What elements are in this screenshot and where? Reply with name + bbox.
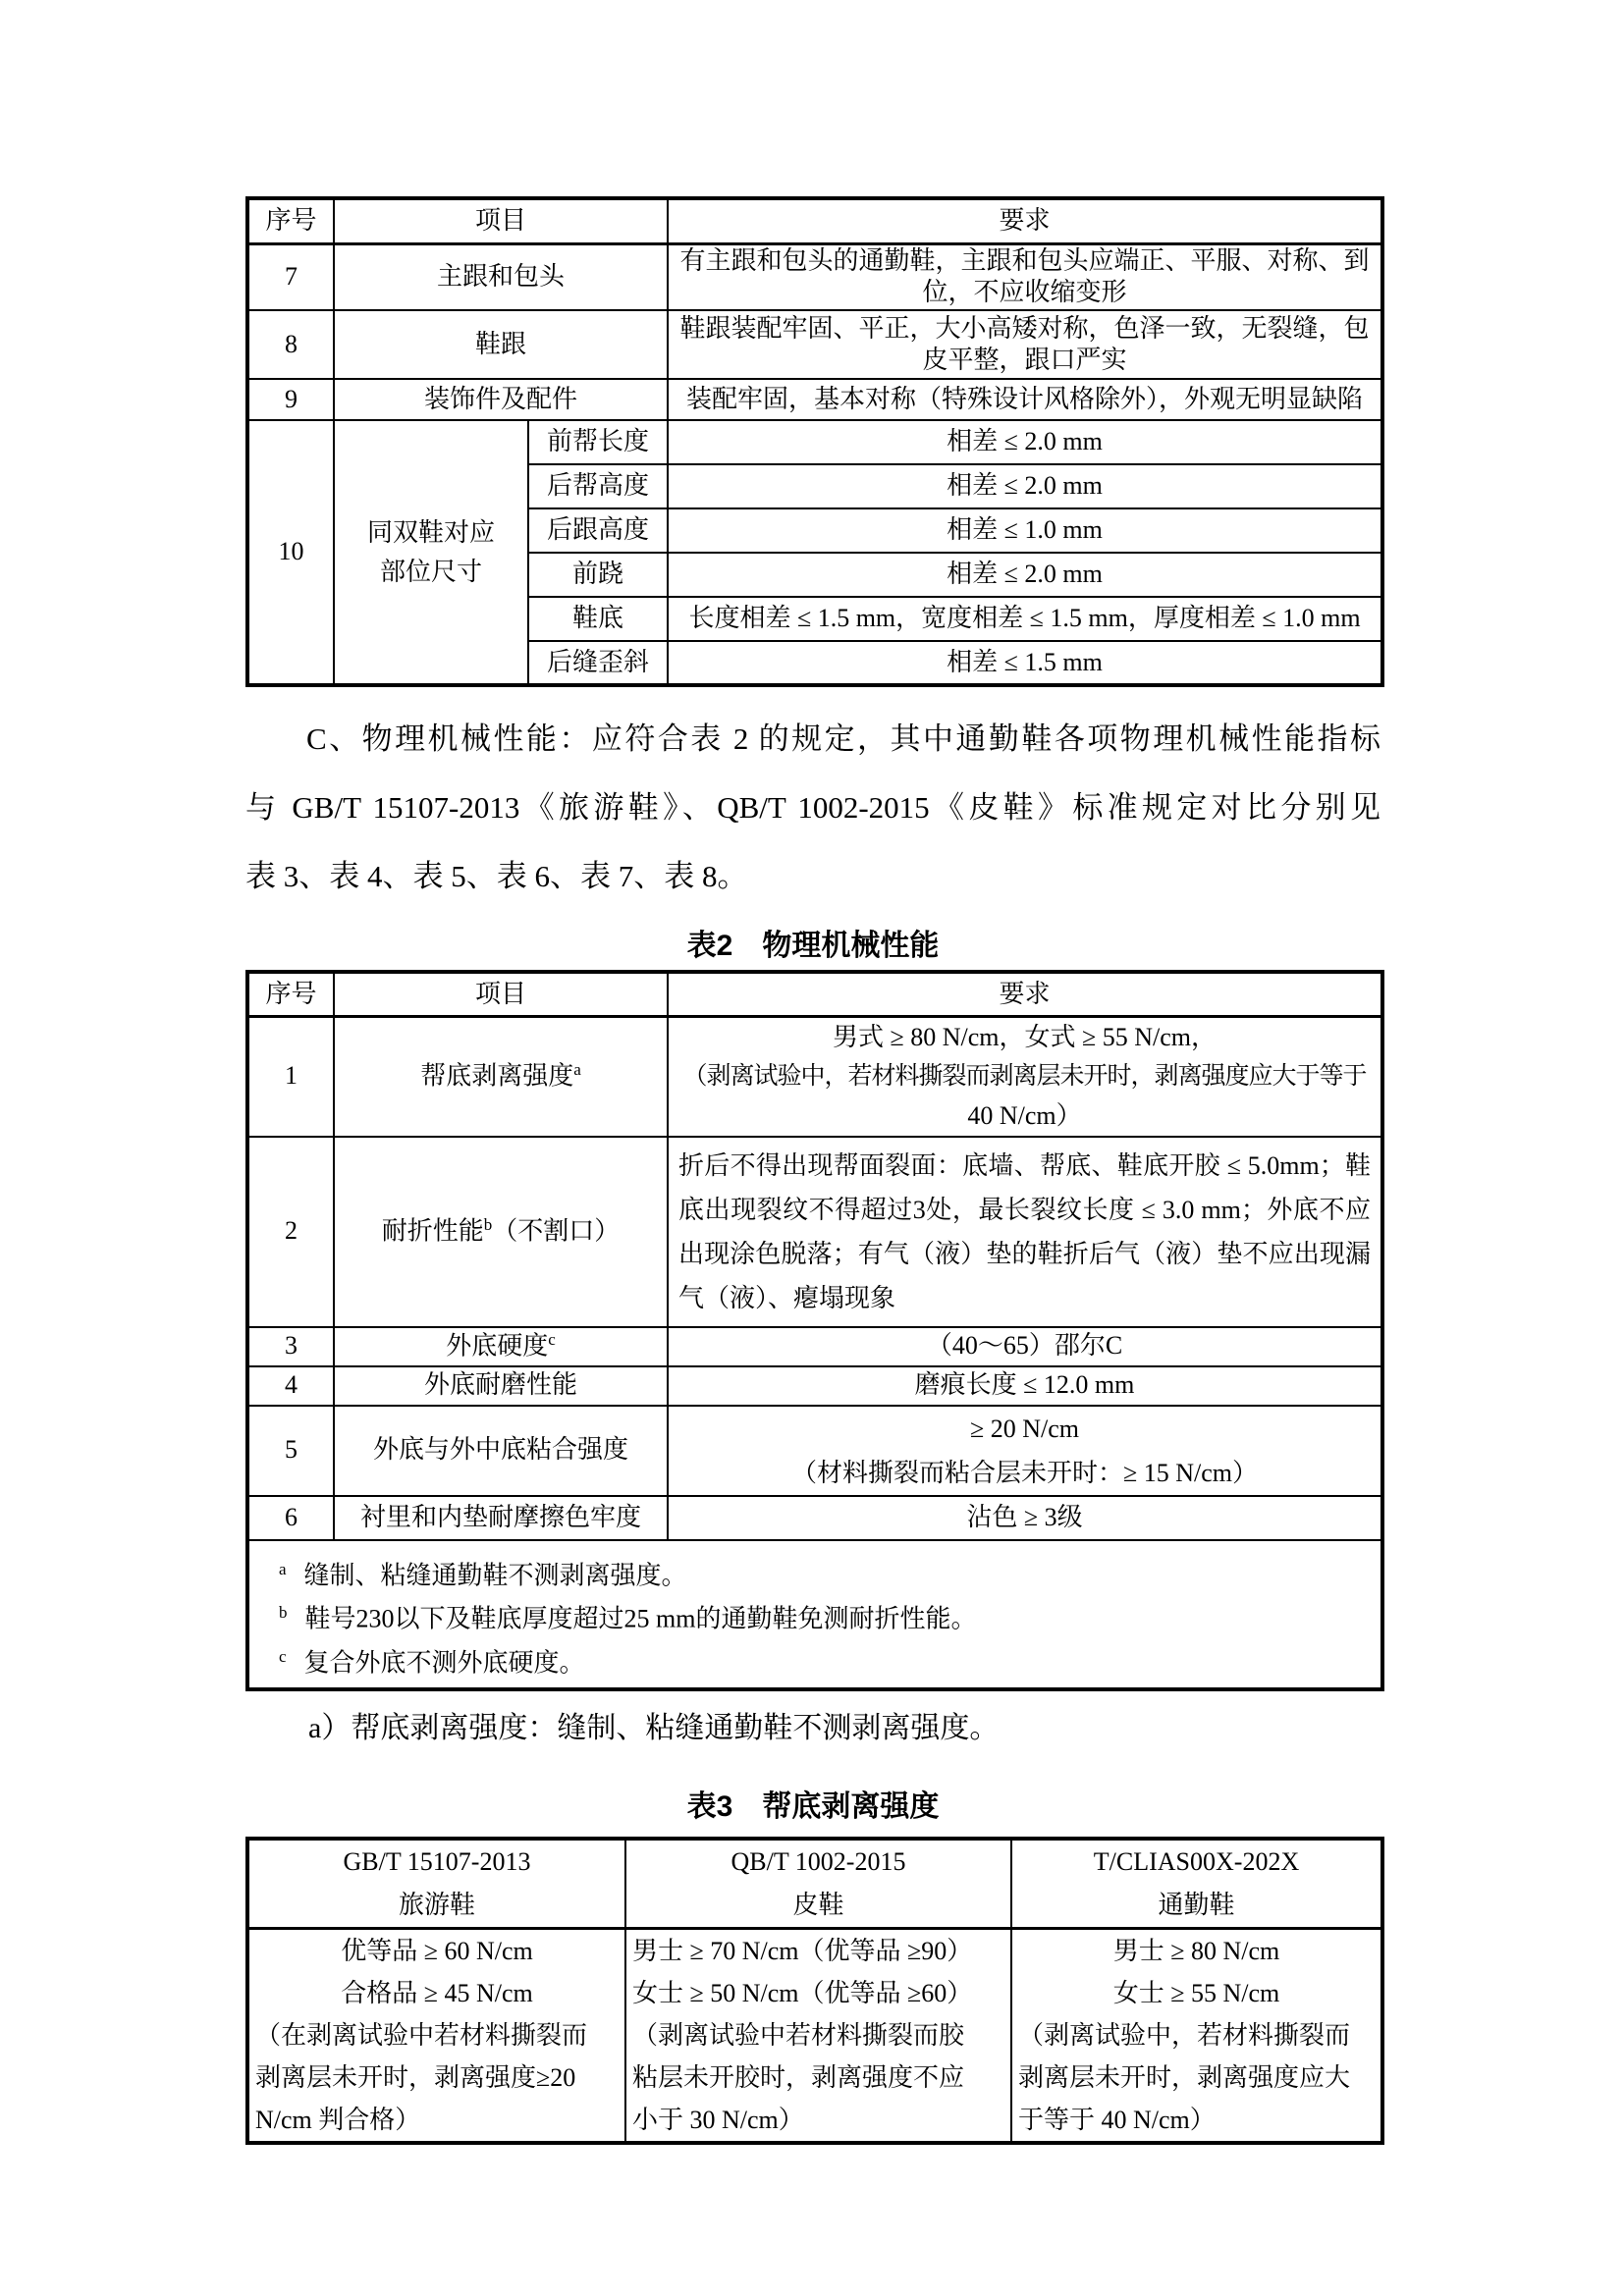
t3-col1-name: 旅游鞋 [249, 1884, 624, 1927]
note-line-a: a）帮底剥离强度：缝制、粘缝通勤鞋不测剥离强度。 [245, 1705, 1380, 1752]
t3-col2-line2: 女士 ≥ 50 N/cm（优等品 ≥60） [626, 1972, 1010, 2014]
footnote-c-text: 复合外底不测外底硬度。 [304, 1648, 585, 1677]
body-paragraph: C、物理机械性能：应符合表 2 的规定，其中通勤鞋各项物理机械性能指标 与 GB… [245, 705, 1380, 911]
table-row: 2 耐折性能b（不割口） 折后不得出现帮面裂面：底墙、帮底、鞋底开胶 ≤ 5.0… [247, 1137, 1382, 1327]
table-row: 5 外底与外中底粘合强度 ≥ 20 N/cm （材料撕裂而粘合层未开时：≥ 15… [247, 1406, 1382, 1496]
t3-col3-line2: 女士 ≥ 55 N/cm [1012, 1972, 1380, 2014]
t1-r10-no: 10 [247, 420, 334, 685]
t3-col1-line5: N/cm 判合格） [249, 2099, 624, 2141]
t3-col1-header: GB/T 15107-2013 旅游鞋 [247, 1839, 625, 1929]
t3-col2-header: QB/T 1002-2015 皮鞋 [625, 1839, 1011, 1929]
table-row: 1 帮底剥离强度a 男式 ≥ 80 N/cm，女式 ≥ 55 N/cm， （剥离… [247, 1016, 1382, 1137]
table-row: 7 主跟和包头 有主跟和包头的通勤鞋，主跟和包头应端正、平服、对称、到位，不应收… [247, 243, 1382, 310]
t1-sub0-req: 相差 ≤ 2.0 mm [668, 420, 1382, 464]
document-page: 序号 项目 要求 7 主跟和包头 有主跟和包头的通勤鞋，主跟和包头应端正、平服、… [0, 0, 1624, 2296]
t3-col3-line3: （剥离试验中，若材料撕裂而 [1012, 2014, 1380, 2056]
t2-r5-item: 外底与外中底粘合强度 [334, 1406, 668, 1496]
t1-sub5-req: 相差 ≤ 1.5 mm [668, 641, 1382, 685]
t1-sub0-part: 前帮长度 [528, 420, 668, 464]
table2-heading: 表2 物理机械性能 [245, 925, 1380, 968]
t2-r1-req-line1: 男式 ≥ 80 N/cm，女式 ≥ 55 N/cm， [669, 1018, 1380, 1057]
t2-r4-req: 磨痕长度 ≤ 12.0 mm [668, 1366, 1382, 1406]
t2-r1-req: 男式 ≥ 80 N/cm，女式 ≥ 55 N/cm， （剥离试验中，若材料撕裂而… [668, 1016, 1382, 1137]
t1-r10-item: 同双鞋对应 部位尺寸 [334, 420, 528, 685]
t3-col3-line4: 剥离层未开时，剥离强度应大 [1012, 2056, 1380, 2099]
table-footnotes-row: a缝制、粘缝通勤鞋不测剥离强度。 b鞋号230以下及鞋底厚度超过25 mm的通勤… [247, 1540, 1382, 1690]
t2-r4-item: 外底耐磨性能 [334, 1366, 668, 1406]
table-row: 10 同双鞋对应 部位尺寸 前帮长度 相差 ≤ 2.0 mm [247, 420, 1382, 464]
t2-r4-no: 4 [247, 1366, 334, 1406]
t2-r1-req-line2: （剥离试验中，若材料撕裂而剥离层未开时，剥离强度应大于等于 [669, 1057, 1380, 1096]
t3-col3-line5: 于等于 40 N/cm） [1012, 2099, 1380, 2141]
t3-col3-std: T/CLIAS00X-202X [1012, 1841, 1380, 1884]
t1-r7-no: 7 [247, 243, 334, 310]
t1-r9-item: 装饰件及配件 [334, 379, 668, 420]
t1-sub4-req: 长度相差 ≤ 1.5 mm，宽度相差 ≤ 1.5 mm，厚度相差 ≤ 1.0 m… [668, 597, 1382, 641]
t2-r5-req-line2: （材料撕裂而粘合层未开时：≥ 15 N/cm） [669, 1451, 1380, 1495]
t2-header-req: 要求 [668, 972, 1382, 1016]
footnote-b: b鞋号230以下及鞋底厚度超过25 mm的通勤鞋免测耐折性能。 [279, 1594, 1380, 1638]
table-body-row: 优等品 ≥ 60 N/cm 合格品 ≥ 45 N/cm （在剥离试验中若材料撕裂… [247, 1929, 1382, 2144]
table-peel-strength-comparison: GB/T 15107-2013 旅游鞋 QB/T 1002-2015 皮鞋 T/… [245, 1837, 1384, 2145]
t3-col1-body: 优等品 ≥ 60 N/cm 合格品 ≥ 45 N/cm （在剥离试验中若材料撕裂… [247, 1929, 625, 2144]
t3-col1-line4: 剥离层未开时，剥离强度≥20 [249, 2056, 624, 2099]
t1-r10-item-line1: 同双鞋对应 [335, 513, 527, 553]
t3-col3-name: 通勤鞋 [1012, 1884, 1380, 1927]
footnote-c: c复合外底不测外底硬度。 [279, 1638, 1380, 1682]
t1-r9-no: 9 [247, 379, 334, 420]
t2-r2-item: 耐折性能b（不割口） [334, 1137, 668, 1327]
table-row: 8 鞋跟 鞋跟装配牢固、平正，大小高矮对称，色泽一致，无裂缝，包皮平整，跟口严实 [247, 310, 1382, 379]
table-row: 9 装饰件及配件 装配牢固，基本对称（特殊设计风格除外），外观无明显缺陷 [247, 379, 1382, 420]
t2-r2-no: 2 [247, 1137, 334, 1327]
table-header-row: GB/T 15107-2013 旅游鞋 QB/T 1002-2015 皮鞋 T/… [247, 1839, 1382, 1929]
t2-r3-item: 外底硬度c [334, 1327, 668, 1366]
table-header-row: 序号 项目 要求 [247, 972, 1382, 1016]
t1-r8-req: 鞋跟装配牢固、平正，大小高矮对称，色泽一致，无裂缝，包皮平整，跟口严实 [668, 310, 1382, 379]
footnote-ref-a: a [573, 1060, 581, 1079]
footnote-b-mark: b [279, 1603, 288, 1622]
t1-sub3-req: 相差 ≤ 2.0 mm [668, 553, 1382, 597]
t3-col3-line1: 男士 ≥ 80 N/cm [1012, 1930, 1380, 1972]
t2-r1-item: 帮底剥离强度a [334, 1016, 668, 1137]
t3-col2-line3: （剥离试验中若材料撕裂而胶 [626, 2014, 1010, 2056]
t3-col1-line3: （在剥离试验中若材料撕裂而 [249, 2014, 624, 2056]
table-appearance-requirements: 序号 项目 要求 7 主跟和包头 有主跟和包头的通勤鞋，主跟和包头应端正、平服、… [245, 196, 1384, 687]
t1-header-no: 序号 [247, 198, 334, 243]
t2-r6-no: 6 [247, 1496, 334, 1540]
footnote-a-mark: a [279, 1560, 287, 1578]
t2-header-no: 序号 [247, 972, 334, 1016]
t3-col2-line1: 男士 ≥ 70 N/cm（优等品 ≥90） [626, 1930, 1010, 1972]
t2-r3-no: 3 [247, 1327, 334, 1366]
t1-r10-item-line2: 部位尺寸 [335, 553, 527, 592]
t2-r5-no: 5 [247, 1406, 334, 1496]
t1-r7-req: 有主跟和包头的通勤鞋，主跟和包头应端正、平服、对称、到位，不应收缩变形 [668, 243, 1382, 310]
t1-r8-no: 8 [247, 310, 334, 379]
t3-col2-name: 皮鞋 [626, 1884, 1010, 1927]
table-physical-mechanical-properties: 序号 项目 要求 1 帮底剥离强度a 男式 ≥ 80 N/cm，女式 ≥ 55 … [245, 970, 1384, 1691]
footnote-a: a缝制、粘缝通勤鞋不测剥离强度。 [279, 1551, 1380, 1595]
t1-sub4-part: 鞋底 [528, 597, 668, 641]
t2-r6-req: 沾色 ≥ 3级 [668, 1496, 1382, 1540]
t1-sub2-req: 相差 ≤ 1.0 mm [668, 508, 1382, 553]
t1-sub2-part: 后跟高度 [528, 508, 668, 553]
t3-col2-line4: 粘层未开胶时，剥离强度不应 [626, 2056, 1010, 2099]
t3-col3-header: T/CLIAS00X-202X 通勤鞋 [1011, 1839, 1382, 1929]
t1-sub1-req: 相差 ≤ 2.0 mm [668, 464, 1382, 508]
t3-col1-line2: 合格品 ≥ 45 N/cm [249, 1972, 624, 2014]
table-row: 4 外底耐磨性能 磨痕长度 ≤ 12.0 mm [247, 1366, 1382, 1406]
t2-r6-item: 衬里和内垫耐摩擦色牢度 [334, 1496, 668, 1540]
t1-r7-item: 主跟和包头 [334, 243, 668, 310]
footnote-ref-c: c [548, 1330, 556, 1349]
footnote-ref-b: b [484, 1215, 493, 1234]
document-content: 序号 项目 要求 7 主跟和包头 有主跟和包头的通勤鞋，主跟和包头应端正、平服、… [245, 196, 1380, 2145]
t3-col3-body: 男士 ≥ 80 N/cm 女士 ≥ 55 N/cm （剥离试验中，若材料撕裂而 … [1011, 1929, 1382, 2144]
t2-r2-req: 折后不得出现帮面裂面：底墙、帮底、鞋底开胶 ≤ 5.0mm；鞋底出现裂纹不得超过… [668, 1137, 1382, 1327]
t1-r9-req: 装配牢固，基本对称（特殊设计风格除外），外观无明显缺陷 [668, 379, 1382, 420]
t1-header-item: 项目 [334, 198, 668, 243]
paragraph-line: 表 3、表 4、表 5、表 6、表 7、表 8。 [245, 842, 1380, 911]
t2-r5-req: ≥ 20 N/cm （材料撕裂而粘合层未开时：≥ 15 N/cm） [668, 1406, 1382, 1496]
t1-sub1-part: 后帮高度 [528, 464, 668, 508]
t3-col2-body: 男士 ≥ 70 N/cm（优等品 ≥90） 女士 ≥ 50 N/cm（优等品 ≥… [625, 1929, 1011, 2144]
footnote-c-mark: c [279, 1647, 287, 1666]
t2-r1-no: 1 [247, 1016, 334, 1137]
table3-heading: 表3 帮底剥离强度 [245, 1786, 1380, 1829]
t2-r5-req-line1: ≥ 20 N/cm [669, 1407, 1380, 1451]
t2-r1-req-line3: 40 N/cm） [669, 1096, 1380, 1136]
table-row: 6 衬里和内垫耐摩擦色牢度 沾色 ≥ 3级 [247, 1496, 1382, 1540]
t1-header-req: 要求 [668, 198, 1382, 243]
t1-sub5-part: 后缝歪斜 [528, 641, 668, 685]
t3-col1-std: GB/T 15107-2013 [249, 1841, 624, 1884]
footnote-b-text: 鞋号230以下及鞋底厚度超过25 mm的通勤鞋免测耐折性能。 [305, 1605, 977, 1633]
t2-header-item: 项目 [334, 972, 668, 1016]
t1-sub3-part: 前跷 [528, 553, 668, 597]
table-row: 3 外底硬度c （40～65）邵尔C [247, 1327, 1382, 1366]
paragraph-line: 与 GB/T 15107-2013《旅游鞋》、QB/T 1002-2015《皮鞋… [245, 774, 1380, 842]
t3-col2-std: QB/T 1002-2015 [626, 1841, 1010, 1884]
footnote-a-text: 缝制、粘缝通勤鞋不测剥离强度。 [304, 1561, 687, 1589]
t2-r3-req: （40～65）邵尔C [668, 1327, 1382, 1366]
t3-col2-line5: 小于 30 N/cm） [626, 2099, 1010, 2141]
t1-r8-item: 鞋跟 [334, 310, 668, 379]
table-header-row: 序号 项目 要求 [247, 198, 1382, 243]
t3-col1-line1: 优等品 ≥ 60 N/cm [249, 1930, 624, 1972]
t2-footnotes: a缝制、粘缝通勤鞋不测剥离强度。 b鞋号230以下及鞋底厚度超过25 mm的通勤… [247, 1540, 1382, 1690]
paragraph-line: C、物理机械性能：应符合表 2 的规定，其中通勤鞋各项物理机械性能指标 [245, 705, 1380, 774]
